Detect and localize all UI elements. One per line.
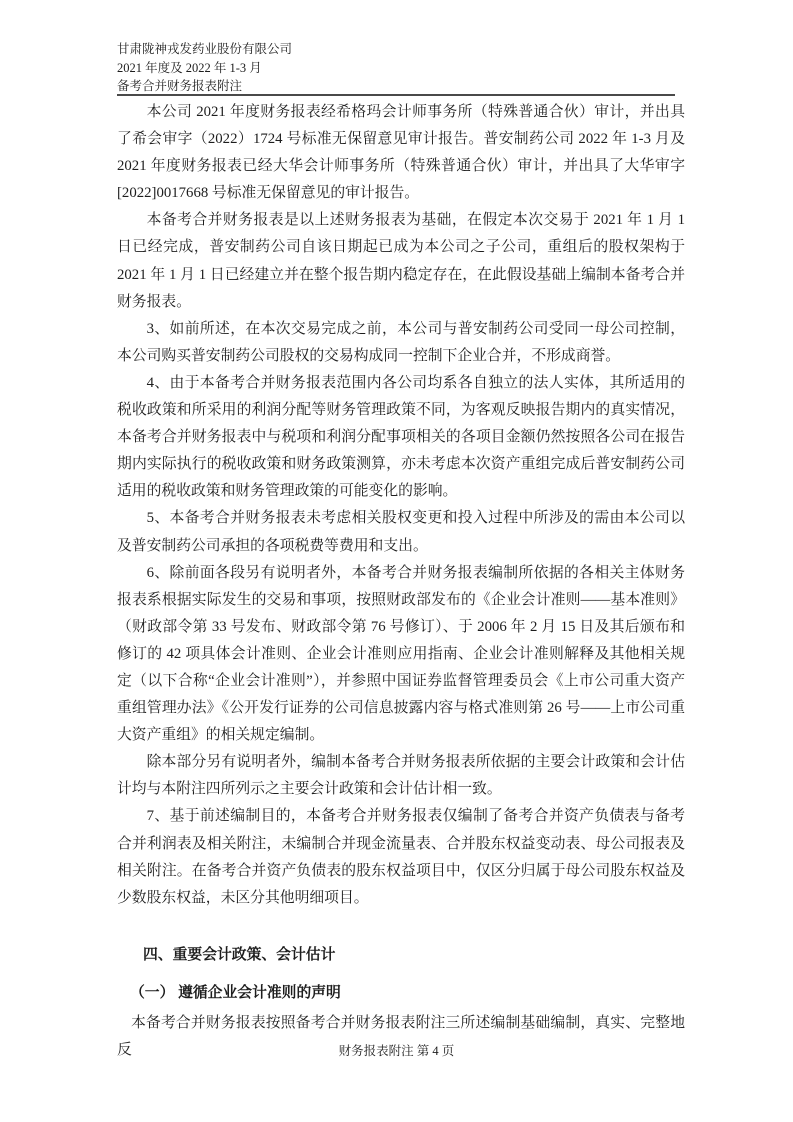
header-company-name: 甘肃陇神戎发药业股份有限公司: [117, 40, 292, 59]
document-header: 甘肃陇神戎发药业股份有限公司 2021 年度及 2022 年 1-3 月 备考合…: [117, 40, 292, 96]
page-footer: 财务报表附注 第 4 页: [0, 1042, 793, 1060]
paragraph-item-7-statement-scope: 7、基于前述编制目的，本备考合并财务报表仅编制了备考合并资产负债表与备考合并利润…: [117, 803, 685, 911]
paragraph-policies-consistency: 除本部分另有说明者外，编制本备考合并财务报表所依据的主要会计政策和会计估计均与本…: [117, 749, 685, 803]
document-page: 甘肃陇神戎发药业股份有限公司 2021 年度及 2022 年 1-3 月 备考合…: [0, 0, 793, 1122]
section-heading-accounting-policies: 四、重要会计政策、会计估计: [143, 942, 685, 969]
header-divider-line: [117, 94, 675, 96]
paragraph-audit-reports: 本公司 2021 年度财务报表经希格玛会计师事务所（特殊普通合伙）审计，并出具了…: [117, 99, 685, 207]
paragraph-item-6-accounting-standards: 6、除前面各段另有说明者外，本备考合并财务报表编制所依据的各相关主体财务报表系根…: [117, 560, 685, 750]
document-body: 本公司 2021 年度财务报表经希格玛会计师事务所（特殊普通合伙）审计，并出具了…: [117, 99, 685, 1064]
header-doc-title: 备考合并财务报表附注: [117, 77, 292, 96]
paragraph-pro-forma-basis: 本备考合并财务报表是以上述财务报表为基础，在假定本次交易于 2021 年 1 月…: [117, 207, 685, 315]
paragraph-item-4-tax-policies: 4、由于本备考合并财务报表范围内各公司均系各自独立的法人实体，其所适用的税收政策…: [117, 370, 685, 505]
header-report-period: 2021 年度及 2022 年 1-3 月: [117, 59, 292, 78]
paragraph-item-3-common-control: 3、如前所述，在本次交易完成之前，本公司与普安制药公司受同一母公司控制，本公司购…: [117, 316, 685, 370]
paragraph-item-5-fees-expenses: 5、本备考合并财务报表未考虑相关股权变更和投入过程中所涉及的需由本公司以及普安制…: [117, 505, 685, 559]
subsection-heading-compliance-statement: （一） 遵循企业会计准则的声明: [130, 980, 685, 1007]
footer-page-label: 财务报表附注 第 4 页: [339, 1044, 455, 1058]
